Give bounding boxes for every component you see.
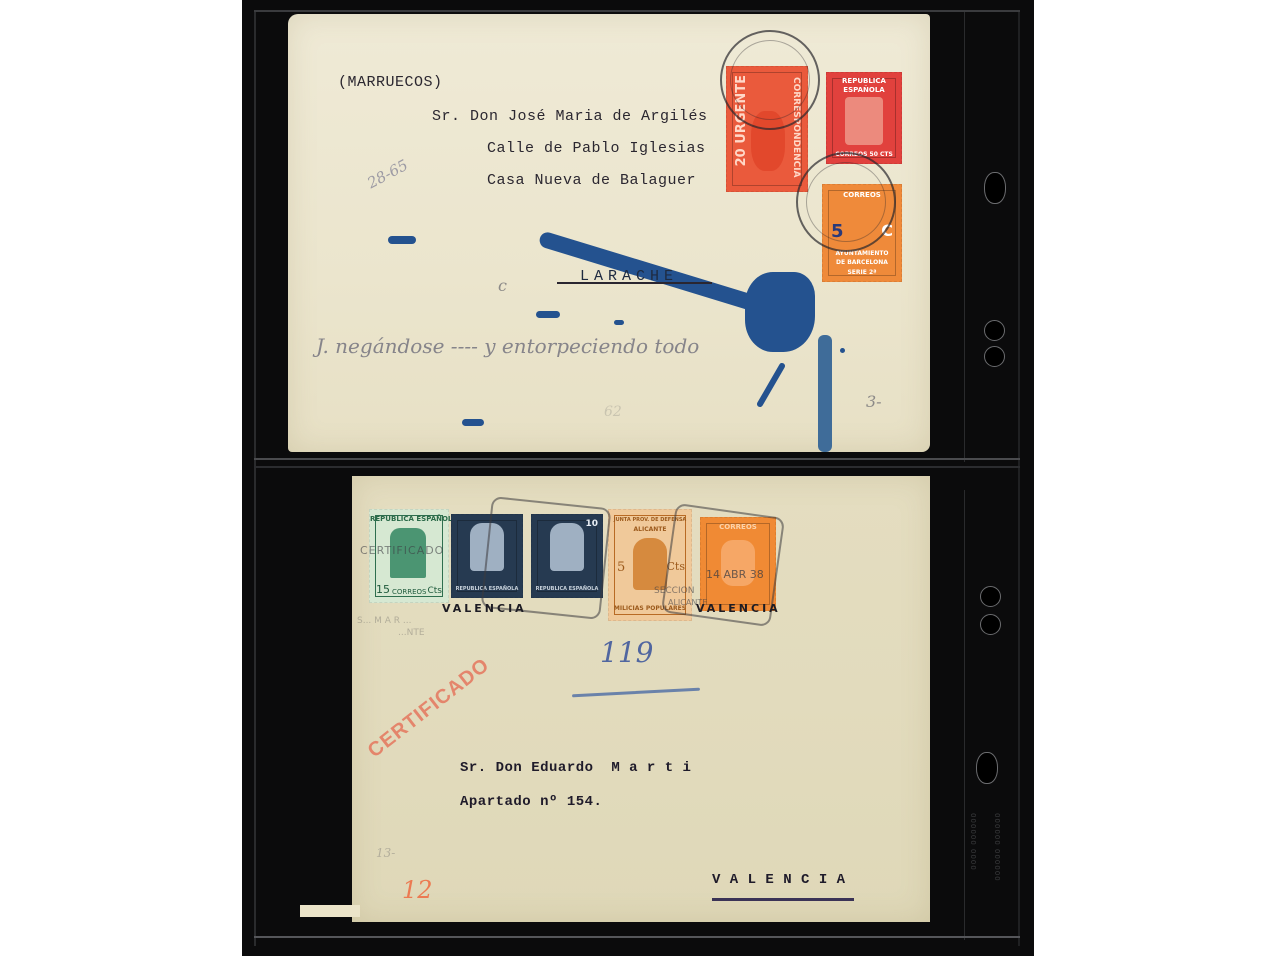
punch-hole-6	[976, 752, 998, 784]
ink-splatter-blob	[745, 272, 815, 352]
stamp-pablo-iglesias-50c: REPUBLICA ESPAÑOLA CORREOS 50 CTS	[826, 72, 902, 164]
sleeve-top-edge	[254, 10, 1020, 12]
faint-cancel-line-2: ...NTE	[398, 628, 425, 638]
ink-dot-3	[614, 320, 624, 325]
cover1-pencil-note: J. negándose ---- y entorpeciendo todo	[316, 334, 699, 358]
ink-dot-4	[462, 419, 484, 426]
sleeve-divider	[254, 458, 1020, 460]
punch-hole-3	[984, 346, 1005, 367]
cancel-text-certificado: CERTIFICADO	[360, 544, 444, 557]
stamp-green-value: 15	[376, 583, 390, 596]
cover1-pencil-c: c	[498, 276, 507, 295]
postmark-circle-1	[720, 30, 820, 130]
cover2-pencil-13: 13-	[376, 846, 395, 860]
stamp-barcelona-bottom-1: AYUNTAMIENTO	[823, 250, 901, 257]
sleeve-line-right	[1018, 10, 1020, 946]
cover2-address-line-1: Sr. Don Eduardo M a r t i	[460, 760, 691, 776]
cover2-address-line-2: Apartado nº 154.	[460, 794, 602, 810]
ink-splatter-drip	[818, 335, 832, 452]
strip-manufacturer-text-1: 0000 000000	[970, 812, 978, 870]
cover1-pencil-62: 62	[604, 404, 622, 420]
cancel-seccion: SECCION	[654, 586, 694, 596]
punch-hole-4	[980, 586, 1001, 607]
sleeve-bottom-edge	[254, 936, 1020, 938]
cover2-destination: V A L E N C I A	[712, 872, 846, 888]
punch-hole-1	[984, 172, 1006, 204]
sleeve-divider-2	[254, 466, 1020, 468]
ink-dot-1	[388, 236, 416, 244]
cover1-pencil-3: 3-	[866, 392, 882, 411]
cover-2-insert-edge	[300, 905, 360, 917]
sleeve-line-left	[254, 10, 256, 946]
sleeve-line-strip-2	[964, 490, 965, 940]
stamp-green-bottom: CORREOS	[392, 588, 427, 596]
cover1-address-line-3: Casa Nueva de Balaguer	[487, 172, 696, 189]
stamp-barcelona-bottom-3: SERIE 2ª	[823, 269, 901, 276]
sleeve-line-strip	[964, 12, 965, 462]
printed-valencia-2: VALENCIA	[696, 602, 781, 615]
stamp-milicias-portrait	[633, 538, 667, 590]
cover1-destination-underline	[557, 282, 712, 284]
stamp-pablo-top: REPUBLICA ESPAÑOLA	[827, 77, 901, 95]
punch-hole-2	[984, 320, 1005, 341]
stamp-milicias-value: 5	[617, 560, 625, 575]
cover2-destination-underline	[712, 898, 854, 901]
punch-hole-5	[980, 614, 1001, 635]
cover2-red-crayon-12: 12	[402, 876, 433, 904]
ink-dot-2	[536, 311, 560, 318]
stamp-green-top: REPUBLICA ESPAÑOLA	[370, 515, 448, 523]
cancel-date: 14 ABR 38	[706, 568, 764, 581]
strip-manufacturer-text-2: 000000 000000	[994, 812, 1002, 881]
stamp-green-unit: Cts	[427, 586, 442, 596]
stamp-barcelona-bottom-2: DE BARCELONA	[823, 259, 901, 266]
cover1-address-line-1: Sr. Don José Maria de Argilés	[432, 108, 708, 125]
ink-dot-5	[840, 348, 845, 353]
stamp-pablo-portrait	[845, 97, 883, 145]
faint-cancel-line-1: S... M A R ...	[357, 616, 412, 626]
printed-valencia-1: VALENCIA	[442, 602, 527, 615]
cover1-address-line-2: Calle de Pablo Iglesias	[487, 140, 706, 157]
cover1-header: (MARRUECOS)	[338, 74, 443, 91]
cover2-blue-pencil-119: 119	[600, 636, 653, 669]
postmark-circle-2	[796, 152, 896, 252]
